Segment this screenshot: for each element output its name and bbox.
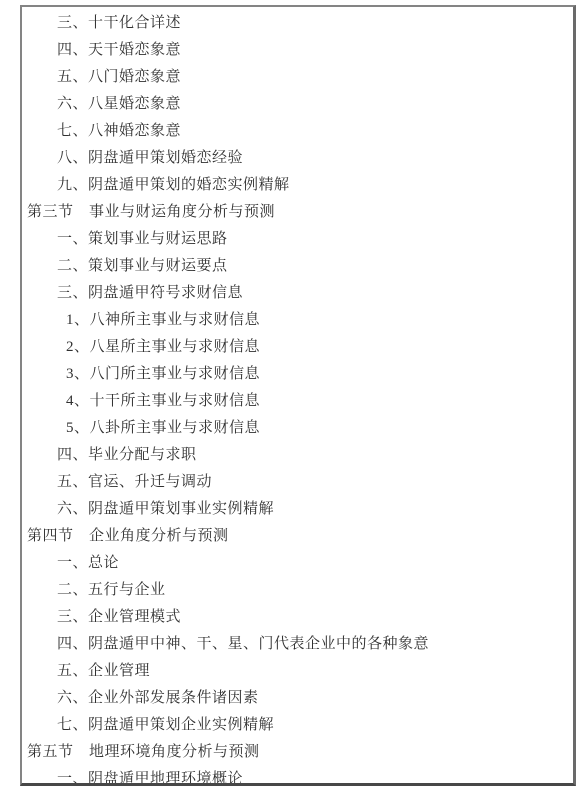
toc-section-heading: 第四节 企业角度分析与预测	[22, 523, 573, 550]
toc-line: 五、官运、升迁与调动	[22, 469, 573, 496]
toc-line: 1、八神所主事业与求财信息	[22, 307, 573, 334]
toc-section-heading: 第五节 地理环境角度分析与预测	[22, 739, 573, 766]
toc-line: 五、八门婚恋象意	[22, 64, 573, 91]
toc-line: 四、阴盘遁甲中神、干、星、门代表企业中的各种象意	[22, 631, 573, 658]
toc-line: 四、毕业分配与求职	[22, 442, 573, 469]
toc-section-heading: 第三节 事业与财运角度分析与预测	[22, 199, 573, 226]
toc-line: 5、八卦所主事业与求财信息	[22, 415, 573, 442]
toc-line: 三、企业管理模式	[22, 604, 573, 631]
toc-line: 2、八星所主事业与求财信息	[22, 334, 573, 361]
toc-line: 八、阴盘遁甲策划婚恋经验	[22, 145, 573, 172]
toc-line: 五、企业管理	[22, 658, 573, 685]
toc-line: 一、阴盘遁甲地理环境概论	[22, 766, 573, 786]
toc-line: 4、十干所主事业与求财信息	[22, 388, 573, 415]
toc-line: 六、八星婚恋象意	[22, 91, 573, 118]
toc-line: 七、八神婚恋象意	[22, 118, 573, 145]
toc-line: 六、企业外部发展条件诸因素	[22, 685, 573, 712]
toc-line: 一、策划事业与财运思路	[22, 226, 573, 253]
toc-line: 四、天干婚恋象意	[22, 37, 573, 64]
toc-line: 三、阴盘遁甲符号求财信息	[22, 280, 573, 307]
toc-line: 七、阴盘遁甲策划企业实例精解	[22, 712, 573, 739]
document-frame: 三、十干化合详述四、天干婚恋象意五、八门婚恋象意六、八星婚恋象意七、八神婚恋象意…	[20, 5, 576, 786]
toc-line: 三、十干化合详述	[22, 10, 573, 37]
toc-line: 一、总论	[22, 550, 573, 577]
toc-line: 二、策划事业与财运要点	[22, 253, 573, 280]
toc-line: 六、阴盘遁甲策划事业实例精解	[22, 496, 573, 523]
table-of-contents: 三、十干化合详述四、天干婚恋象意五、八门婚恋象意六、八星婚恋象意七、八神婚恋象意…	[22, 7, 573, 786]
toc-line: 二、五行与企业	[22, 577, 573, 604]
toc-line: 九、阴盘遁甲策划的婚恋实例精解	[22, 172, 573, 199]
toc-line: 3、八门所主事业与求财信息	[22, 361, 573, 388]
